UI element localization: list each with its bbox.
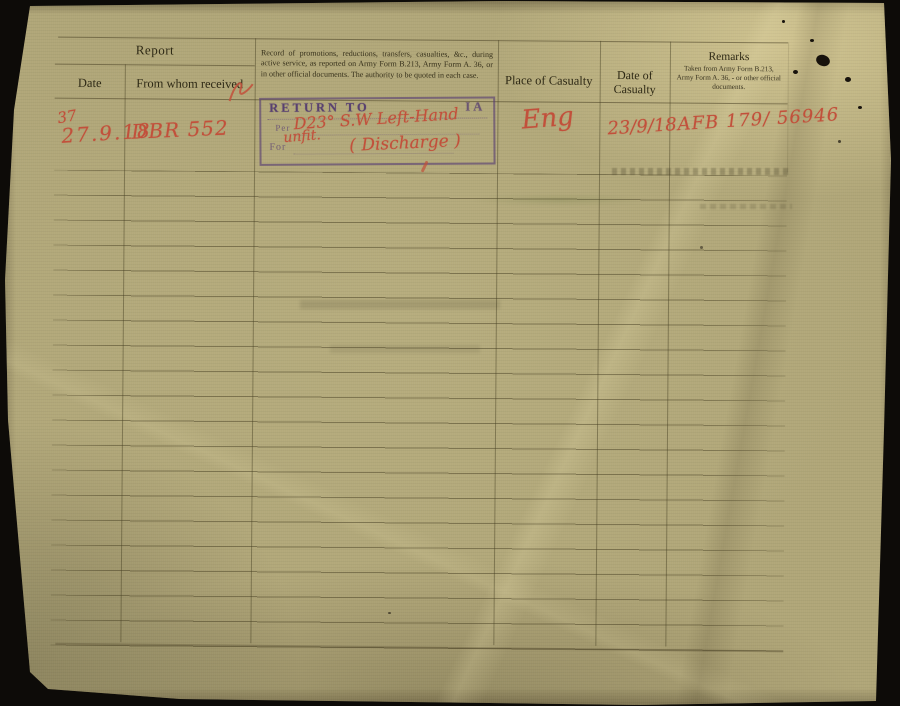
ink-blot <box>700 246 703 249</box>
ink-blot <box>793 70 798 74</box>
handwritten-from-whom: DBR 552 <box>131 115 229 143</box>
report-underline <box>55 64 255 67</box>
column-header-date: Date <box>55 76 125 92</box>
report-header-label: Report <box>55 42 255 60</box>
handwritten-casualty-date: 23/9/18 <box>607 114 678 139</box>
column-header-record: Record of promotions, reductions, transf… <box>261 48 493 81</box>
form-content: Report Date From whom received Record of… <box>0 0 900 706</box>
column-header-from-whom: From whom received <box>125 76 255 92</box>
ink-blot <box>810 39 814 42</box>
column-header-casualty-date: Date of Casualty <box>602 68 668 97</box>
handwritten-place: Eng <box>520 101 575 135</box>
ink-blot <box>782 20 785 23</box>
scanned-document-page: Report Date From whom received Record of… <box>0 0 900 706</box>
blank-row-rules <box>50 170 787 654</box>
column-header-place: Place of Casualty <box>498 73 600 89</box>
handwritten-remarks-ref: AFB 179/ 56946 <box>677 104 840 135</box>
column-header-remarks-note: Taken from Army Form B.213, Army Form A.… <box>676 65 782 93</box>
ink-blot <box>858 106 862 109</box>
ink-blot <box>845 77 851 82</box>
stamp-suffix-text: IA <box>465 100 485 115</box>
ink-blot <box>388 612 391 614</box>
ink-blot <box>838 140 841 143</box>
column-header-remarks: Remarks <box>672 50 786 63</box>
handwritten-unfit: unfit. <box>283 127 322 146</box>
